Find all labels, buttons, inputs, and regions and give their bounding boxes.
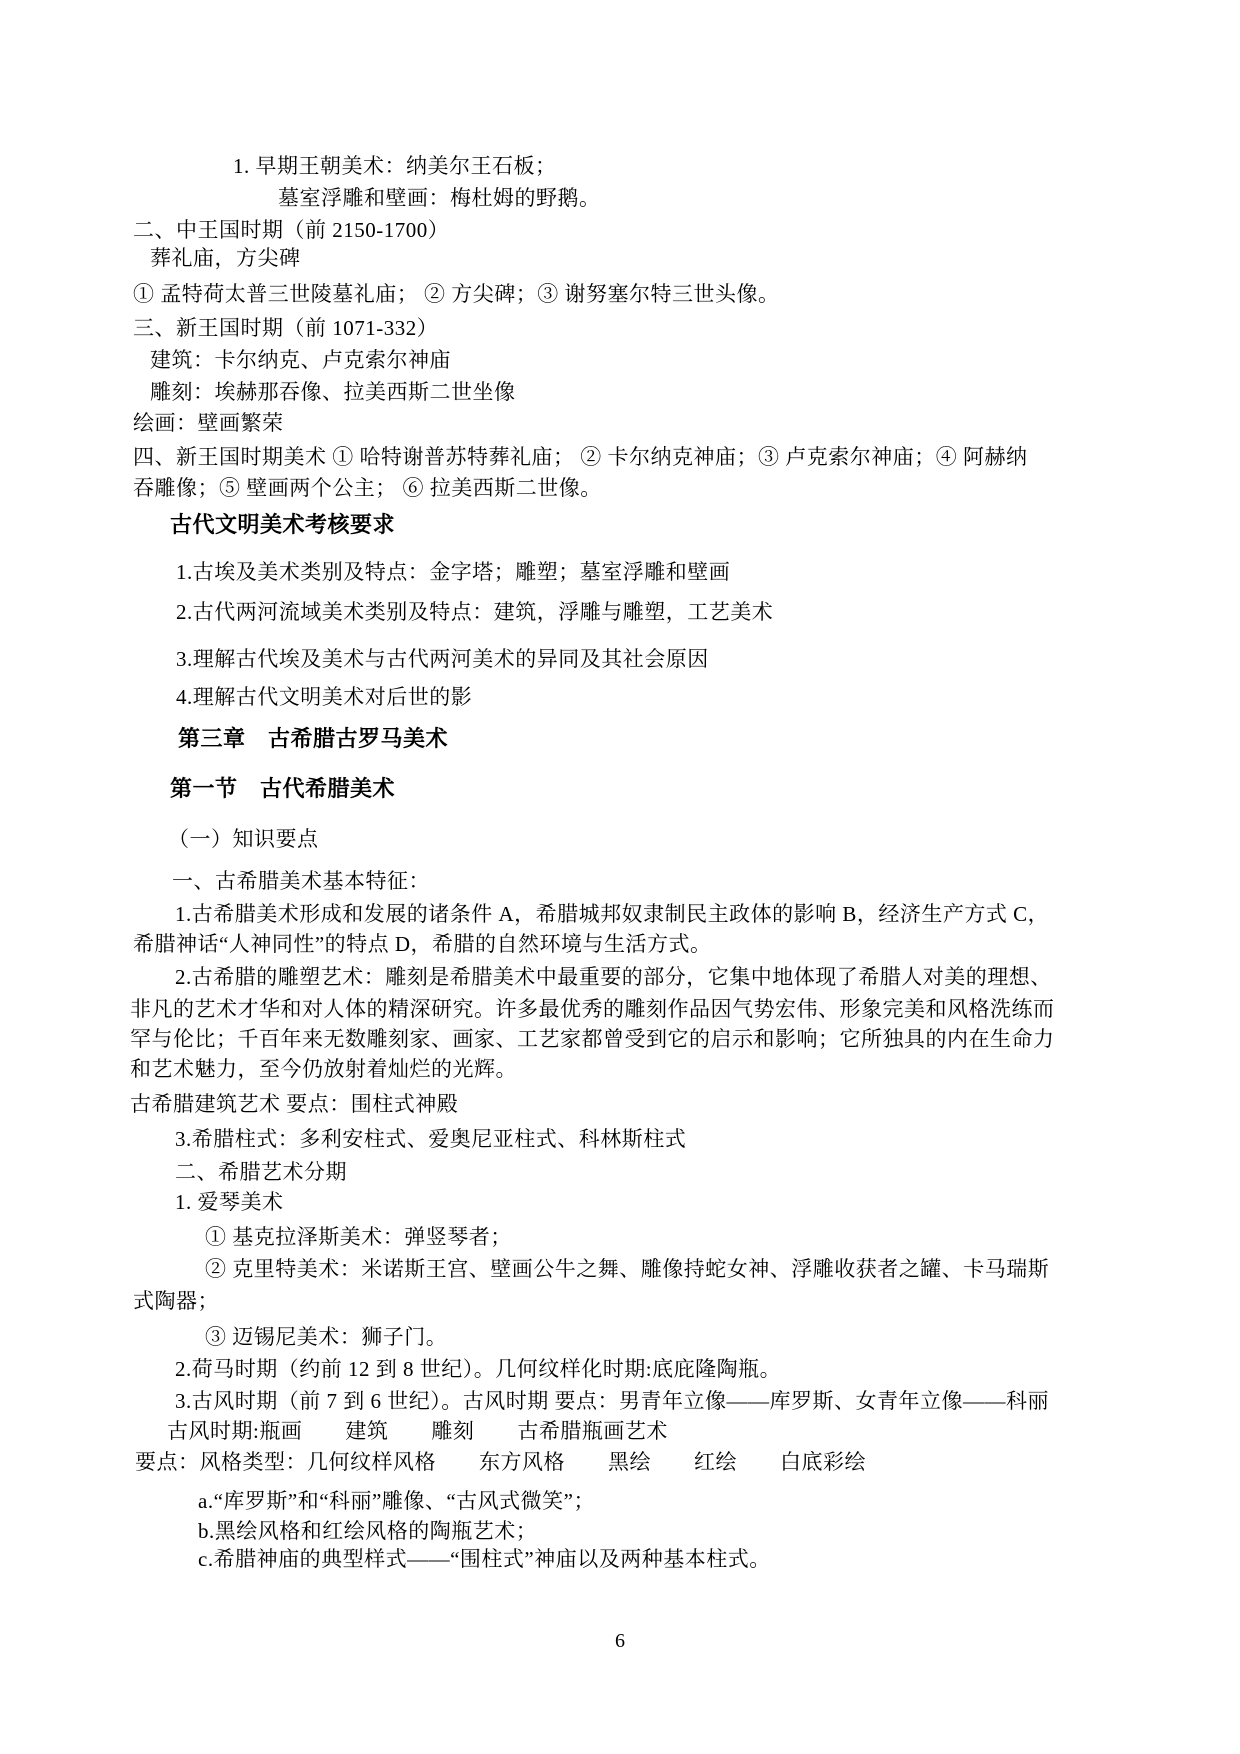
doc-line: （一）知识要点: [168, 826, 319, 852]
page-number: 6: [0, 1630, 1240, 1653]
doc-line: 二、希腊艺术分期: [175, 1159, 347, 1185]
doc-line: 罕与伦比；千百年来无数雕刻家、画家、工艺家都曾受到它的启示和影响；它所独具的内在…: [130, 1026, 1055, 1052]
exam-requirements-heading: 古代文明美术考核要求: [170, 512, 395, 538]
doc-line: 墓室浮雕和壁画：梅杜姆的野鹅。: [278, 185, 601, 211]
doc-line: c.希腊神庙的典型样式——“围柱式”神庙以及两种基本柱式。: [198, 1546, 771, 1572]
doc-line: 非凡的艺术才华和对人体的精深研究。许多最优秀的雕刻作品因气势宏伟、形象完美和风格…: [130, 996, 1055, 1022]
doc-line: 2.荷马时期（约前 12 到 8 世纪）。几何纹样化时期:底庇隆陶瓶。: [175, 1356, 781, 1382]
doc-line: 1. 爱琴美术: [175, 1189, 284, 1215]
doc-line: 式陶器；: [133, 1288, 219, 1314]
doc-line: 3.古风时期（前 7 到 6 世纪）。古风时期 要点：男青年立像——库罗斯、女青…: [175, 1388, 1049, 1414]
doc-line: 二、中王国时期（前 2150-1700）: [133, 217, 449, 243]
doc-line: ③ 迈锡尼美术：狮子门。: [205, 1324, 447, 1350]
chapter-heading: 第三章 古希腊古罗马美术: [178, 726, 448, 752]
doc-line: 建筑：卡尔纳克、卢克索尔神庙: [150, 347, 451, 373]
doc-line: 古风时期:瓶画 建筑 雕刻 古希腊瓶画艺术: [167, 1418, 668, 1444]
doc-line: 要点：风格类型：几何纹样风格 东方风格 黑绘 红绘 白底彩绘: [135, 1449, 866, 1475]
doc-line: 四、新王国时期美术 ① 哈特谢普苏特葬礼庙； ② 卡尔纳克神庙；③ 卢克索尔神庙…: [133, 444, 1028, 470]
doc-line: ① 孟特荷太普三世陵墓礼庙； ② 方尖碑；③ 谢努塞尔特三世头像。: [133, 281, 780, 307]
doc-line: 古希腊建筑艺术 要点：围柱式神殿: [130, 1091, 458, 1117]
doc-line: ② 克里特美术：米诺斯王宫、壁画公牛之舞、雕像持蛇女神、浮雕收获者之罐、卡马瑞斯: [205, 1256, 1049, 1282]
doc-line: 吞雕像；⑤ 壁画两个公主； ⑥ 拉美西斯二世像。: [133, 475, 602, 501]
document-page: 1. 早期王朝美术：纳美尔王石板； 墓室浮雕和壁画：梅杜姆的野鹅。 二、中王国时…: [0, 0, 1240, 1754]
section-heading: 第一节 古代希腊美术: [170, 776, 395, 802]
doc-line: 3.理解古代埃及美术与古代两河美术的异同及其社会原因: [176, 646, 709, 672]
doc-line: 葬礼庙，方尖碑: [150, 245, 301, 271]
doc-line: 4.理解古代文明美术对后世的影: [176, 684, 472, 710]
doc-line: a.“库罗斯”和“科丽”雕像、“古风式微笑”；: [198, 1488, 595, 1514]
doc-line: 希腊神话“人神同性”的特点 D，希腊的自然环境与生活方式。: [133, 931, 712, 957]
doc-line: ① 基克拉泽斯美术：弹竖琴者；: [205, 1224, 512, 1250]
doc-line: 绘画：壁画繁荣: [133, 410, 284, 436]
doc-line: 1.古埃及美术类别及特点：金字塔；雕塑；墓室浮雕和壁画: [176, 559, 730, 585]
doc-line: b.黑绘风格和红绘风格的陶瓶艺术；: [198, 1518, 537, 1544]
doc-line: 三、新王国时期（前 1071-332）: [133, 315, 438, 341]
doc-line: 3.希腊柱式：多利安柱式、爱奥尼亚柱式、科林斯柱式: [175, 1126, 686, 1152]
doc-line: 2.古代两河流域美术类别及特点：建筑，浮雕与雕塑，工艺美术: [176, 599, 773, 625]
doc-line: 2.古希腊的雕塑艺术：雕刻是希腊美术中最重要的部分，它集中地体现了希腊人对美的理…: [175, 964, 1052, 990]
doc-line: 和艺术魅力，至今仍放射着灿烂的光辉。: [130, 1056, 517, 1082]
doc-line: 1. 早期王朝美术：纳美尔王石板；: [233, 153, 557, 179]
doc-line: 一、古希腊美术基本特征：: [172, 868, 430, 894]
doc-line: 雕刻：埃赫那吞像、拉美西斯二世坐像: [150, 379, 516, 405]
doc-line: 1.古希腊美术形成和发展的诸条件 A，希腊城邦奴隶制民主政体的影响 B，经济生产…: [175, 901, 1049, 927]
